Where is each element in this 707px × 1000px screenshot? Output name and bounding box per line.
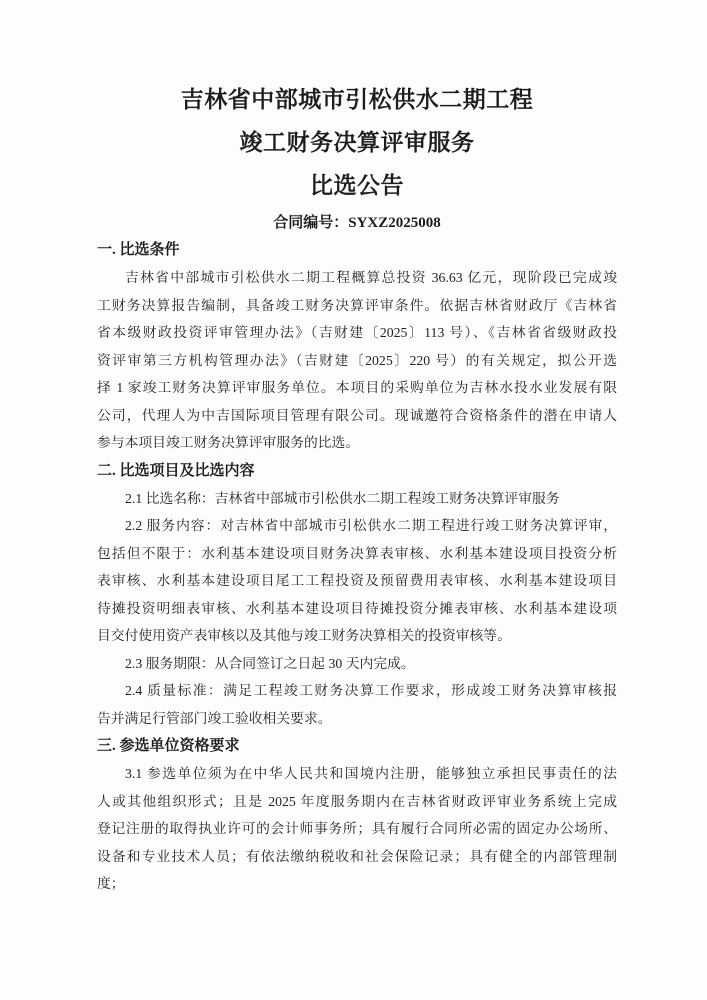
- section-3: 三. 参选单位资格要求3.1 参选单位须为在中华人民共和国境内注册，能够独立承担…: [97, 732, 617, 898]
- text-line: 包括但不限于：水利基本建设项目财务决算表审核、水利基本建设项目投资分析: [97, 540, 617, 568]
- text-line: 吉林省中部城市引松供水二期工程概算总投资 36.63 亿元，现阶段已完成竣: [97, 264, 617, 292]
- paragraph: 2.2 服务内容：对吉林省中部城市引松供水二期工程进行竣工财务决算评审，包括但不…: [97, 512, 617, 650]
- text-line: 告并满足行管部门竣工验收相关要求。: [97, 705, 617, 733]
- text-line: 2.2 服务内容：对吉林省中部城市引松供水二期工程进行竣工财务决算评审，: [97, 512, 617, 540]
- title-line-2: 竣工财务决算评审服务: [97, 121, 617, 164]
- text-line: 度；: [97, 870, 617, 898]
- section-heading: 一. 比选条件: [97, 236, 617, 264]
- contract-number: 合同编号：SYXZ2025008: [97, 210, 617, 236]
- title-line-3: 比选公告: [97, 164, 617, 207]
- text-line: 2.1 比选名称：吉林省中部城市引松供水二期工程竣工财务决算评审服务: [97, 485, 617, 513]
- paragraph: 2.3 服务期限：从合同签订之日起 30 天内完成。: [97, 650, 617, 678]
- text-line: 3.1 参选单位须为在中华人民共和国境内注册，能够独立承担民事责任的法: [97, 760, 617, 788]
- section-heading: 三. 参选单位资格要求: [97, 732, 617, 760]
- text-line: 目交付使用资产表审核以及其他与竣工财务决算相关的投资审核等。: [97, 622, 617, 650]
- text-line: 设备和专业技术人员；有依法缴纳税收和社会保险记录；具有健全的内部管理制: [97, 843, 617, 871]
- text-line: 工财务决算报告编制，具备竣工财务决算评审条件。依据吉林省财政厅《吉林省: [97, 292, 617, 320]
- text-line: 公司，代理人为中吉国际项目管理有限公司。现诚邀符合资格条件的潜在申请人: [97, 402, 617, 430]
- title-line-1: 吉林省中部城市引松供水二期工程: [97, 78, 617, 121]
- text-line: 待摊投资明细表审核、水利基本建设项目待摊投资分摊表审核、水利基本建设项: [97, 595, 617, 623]
- text-line: 择 1 家竣工财务决算评审服务单位。本项目的采购单位为吉林水投水业发展有限: [97, 374, 617, 402]
- sections: 一. 比选条件吉林省中部城市引松供水二期工程概算总投资 36.63 亿元，现阶段…: [97, 236, 617, 898]
- text-line: 人或其他组织形式；且是 2025 年度服务期内在吉林省财政评审业务系统上完成: [97, 788, 617, 816]
- text-line: 资评审第三方机构管理办法》（吉财建〔2025〕220 号）的有关规定，拟公开选: [97, 347, 617, 375]
- paragraph: 3.1 参选单位须为在中华人民共和国境内注册，能够独立承担民事责任的法人或其他组…: [97, 760, 617, 898]
- section-2: 二. 比选项目及比选内容2.1 比选名称：吉林省中部城市引松供水二期工程竣工财务…: [97, 457, 617, 733]
- paragraph: 2.4 质量标准：满足工程竣工财务决算工作要求，形成竣工财务决算审核报告并满足行…: [97, 677, 617, 732]
- scanned-document-page: 吉林省中部城市引松供水二期工程 竣工财务决算评审服务 比选公告 合同编号：SYX…: [0, 0, 707, 1000]
- section-heading: 二. 比选项目及比选内容: [97, 457, 617, 485]
- section-1: 一. 比选条件吉林省中部城市引松供水二期工程概算总投资 36.63 亿元，现阶段…: [97, 236, 617, 457]
- paragraph: 吉林省中部城市引松供水二期工程概算总投资 36.63 亿元，现阶段已完成竣工财务…: [97, 264, 617, 457]
- document-body: 吉林省中部城市引松供水二期工程 竣工财务决算评审服务 比选公告 合同编号：SYX…: [0, 0, 707, 898]
- document-title: 吉林省中部城市引松供水二期工程 竣工财务决算评审服务 比选公告: [97, 78, 617, 207]
- paragraph: 2.1 比选名称：吉林省中部城市引松供水二期工程竣工财务决算评审服务: [97, 485, 617, 513]
- text-line: 2.4 质量标准：满足工程竣工财务决算工作要求，形成竣工财务决算审核报: [97, 677, 617, 705]
- text-line: 登记注册的取得执业许可的会计师事务所；具有履行合同所必需的固定办公场所、: [97, 815, 617, 843]
- text-line: 2.3 服务期限：从合同签订之日起 30 天内完成。: [97, 650, 617, 678]
- text-line: 省本级财政投资评审管理办法》（吉财建〔2025〕113 号）、《吉林省省级财政投: [97, 319, 617, 347]
- text-line: 参与本项目竣工财务决算评审服务的比选。: [97, 429, 617, 457]
- text-line: 表审核、水利基本建设项目尾工工程投资及预留费用表审核、水利基本建设项目: [97, 567, 617, 595]
